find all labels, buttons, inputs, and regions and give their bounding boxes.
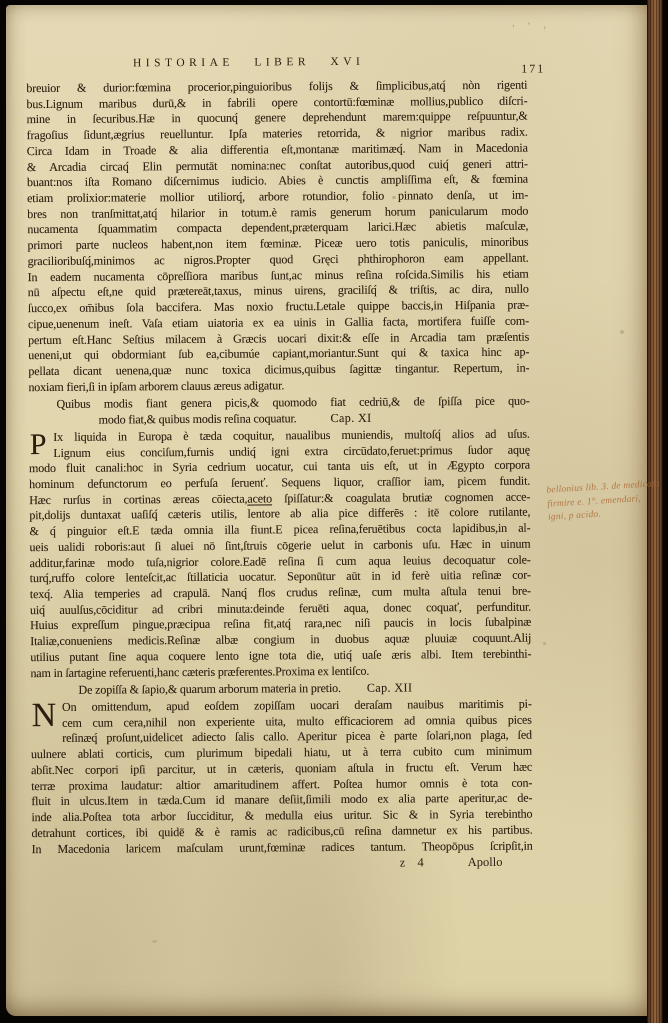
text-line: nam in ſartagine referuenti,hanc cæteris… xyxy=(30,662,531,681)
chapter-heading-text: modo fiat,& quibus modis reſina coquatur… xyxy=(99,411,297,428)
catchword: Apollo xyxy=(468,855,503,870)
paragraph: breuior & durior:fœmina procerior,pingui… xyxy=(26,78,529,396)
handwritten-margin-note: bellonius lib. 3. de medicato firmire e.… xyxy=(546,477,668,525)
signature-row: z 4 Apollo xyxy=(32,855,533,874)
text-line: noxiam fieri,ſi in ipſam arborem clauus … xyxy=(28,376,529,395)
running-header: HISTORIAE LIBER XVI xyxy=(0,55,499,70)
pencil-marks: ’ ’ , xyxy=(511,18,551,36)
underlined-word: aceto xyxy=(247,491,272,505)
chapter-number-label: Cap. XII xyxy=(367,681,413,697)
drop-cap-initial: N xyxy=(31,700,63,732)
text-block: breuior & durior:fœmina procerior,pingui… xyxy=(26,78,532,858)
page-content: ’ ’ , HISTORIAE LIBER XVI 171 breuior & … xyxy=(0,0,668,1023)
scanned-book-page: ’ ’ , HISTORIAE LIBER XVI 171 breuior & … xyxy=(0,0,668,1023)
paragraph: NOn omittendum, apud eoſdem zopiſſam uoc… xyxy=(31,697,533,858)
drop-cap-initial: P xyxy=(29,430,54,461)
chapter-number-label: Cap. XI xyxy=(330,411,371,427)
paragraph: PIx liquida in Europa è tæda coquitur, n… xyxy=(29,426,532,681)
chapter-heading-text: De zopiſſa & ſapio,& quarum arborum mate… xyxy=(78,681,340,699)
page-number: 171 xyxy=(521,61,545,76)
chapter-heading: Quibus modis fiant genera picis,& quomod… xyxy=(28,394,529,429)
signature-mark: z 4 xyxy=(400,855,424,870)
